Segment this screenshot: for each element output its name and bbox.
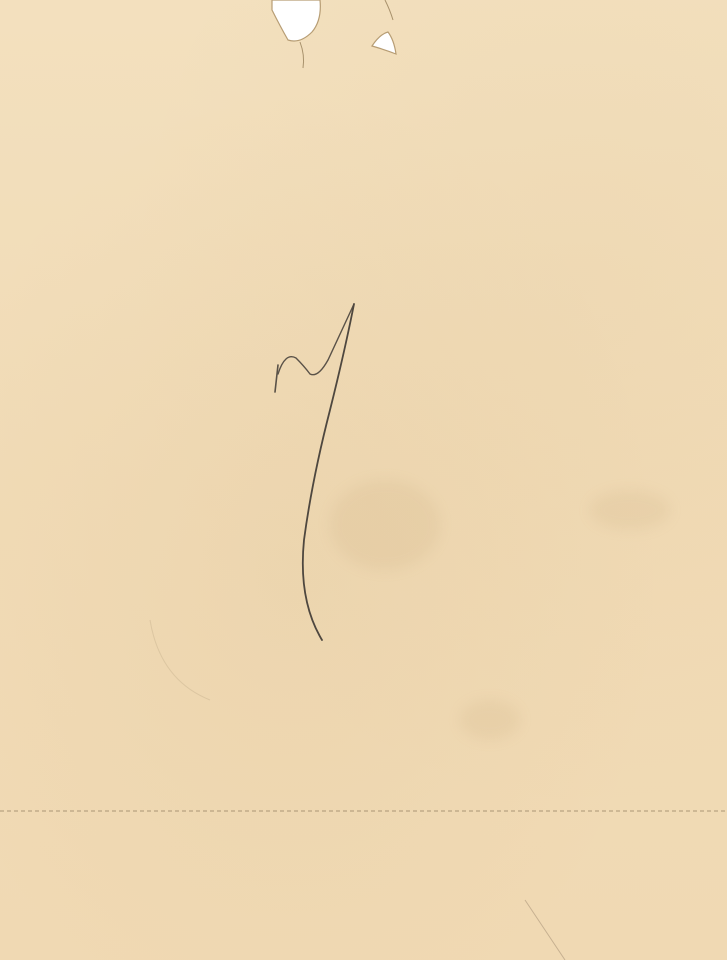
- paper-page: [0, 0, 727, 960]
- faint-scratches: [0, 0, 727, 960]
